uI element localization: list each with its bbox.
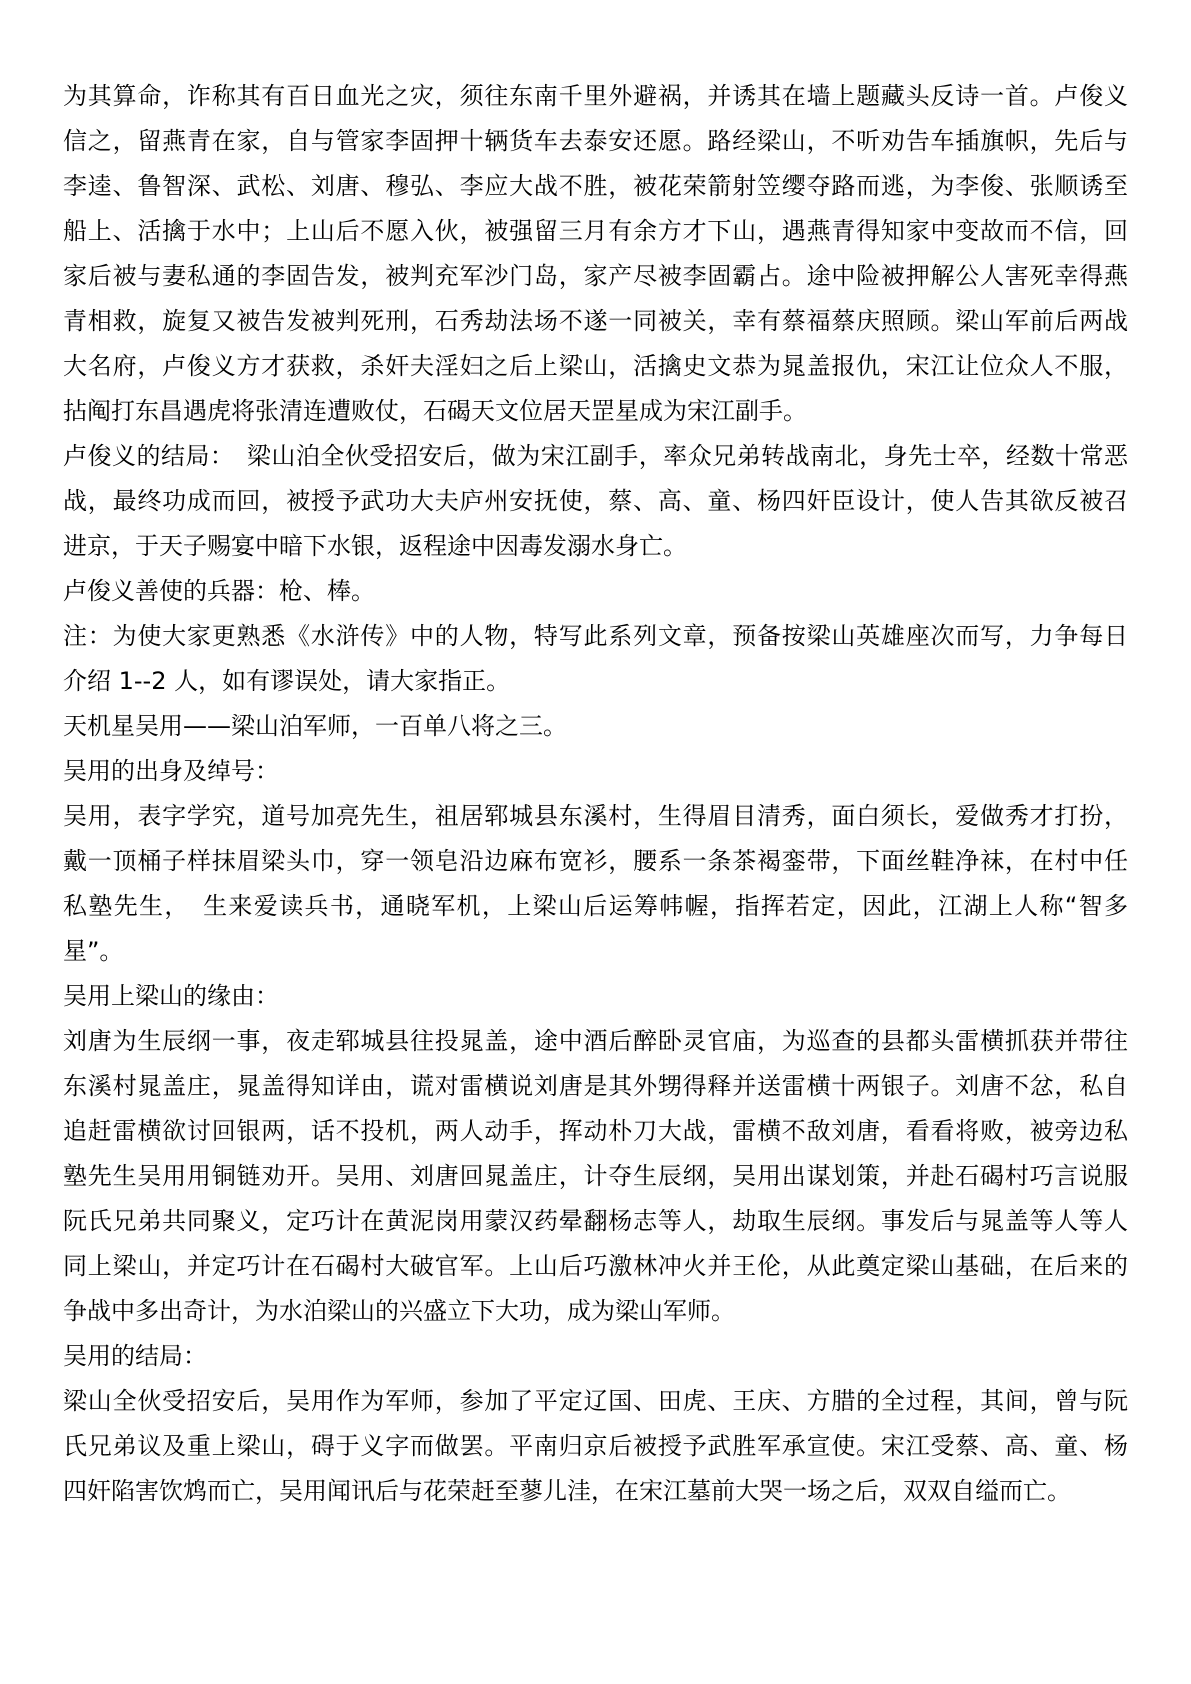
- section-label-paragraph: 吴用的出身及绰号：: [63, 749, 1128, 794]
- section-label-line: 吴用上梁山的缘由：: [63, 974, 1128, 1019]
- text-line: 梁山全伙受招安后，吴用作为军师，参加了平定辽国、田虎、王庆、方腊的全过程，其间，…: [63, 1379, 1128, 1424]
- section-label-line: 吴用的结局：: [63, 1334, 1128, 1379]
- note-line: 注：为使大家更熟悉《水浒传》中的人物，特写此系列文章，预备按梁山英雄座次而写，力…: [63, 614, 1128, 659]
- body-paragraph: 梁山全伙受招安后，吴用作为军师，参加了平定辽国、田虎、王庆、方腊的全过程，其间，…: [63, 1379, 1128, 1514]
- text-line: 战，最终功成而回，被授予武功大夫庐州安抚使，蔡、高、童、杨四奸臣设计，使人告其欲…: [63, 479, 1128, 524]
- text-line: 刘唐为生辰纲一事，夜走郓城县往投晁盖，途中酒后醉卧灵官庙，为巡查的县都头雷横抓获…: [63, 1019, 1128, 1064]
- text-line: 船上、活擒于水中；上山后不愿入伙，被强留三月有余方才下山，遇燕青得知家中变故而不…: [63, 209, 1128, 254]
- section-label-paragraph: 吴用上梁山的缘由：: [63, 974, 1128, 1019]
- body-paragraph: 为其算命，诈称其有百日血光之灾，须往东南千里外避祸，并诱其在墙上题藏头反诗一首。…: [63, 74, 1128, 434]
- document-page: 为其算命，诈称其有百日血光之灾，须往东南千里外避祸，并诱其在墙上题藏头反诗一首。…: [0, 0, 1191, 1684]
- text-line: 争战中多出奇计，为水泊梁山的兴盛立下大功，成为梁山军师。: [63, 1289, 1128, 1334]
- text-line: 李逵、鲁智深、武松、刘唐、穆弘、李应大战不胜，被花荣箭射笠缨夺路而逃，为李俊、张…: [63, 164, 1128, 209]
- text-line: 进京，于天子赐宴中暗下水银，返程途中因毒发溺水身亡。: [63, 524, 1128, 569]
- document-text-block: 为其算命，诈称其有百日血光之灾，须往东南千里外避祸，并诱其在墙上题藏头反诗一首。…: [63, 74, 1128, 1514]
- section-label-line: 吴用的出身及绰号：: [63, 749, 1128, 794]
- text-line: 卢俊义的结局： 梁山泊全伙受招安后，做为宋江副手，率众兄弟转战南北，身先士卒，经…: [63, 434, 1128, 479]
- text-line: 东溪村晁盖庄，晁盖得知详由，谎对雷横说刘唐是其外甥得释并送雷横十两银子。刘唐不忿…: [63, 1064, 1128, 1109]
- text-line: 星”。: [63, 929, 1128, 974]
- note-line: 介绍 1--2 人，如有谬误处，请大家指正。: [63, 659, 1128, 704]
- text-line: 塾先生吴用用铜链劝开。吴用、刘唐回晁盖庄，计夺生辰纲，吴用出谋划策，并赴石碣村巧…: [63, 1154, 1128, 1199]
- text-line: 为其算命，诈称其有百日血光之灾，须往东南千里外避祸，并诱其在墙上题藏头反诗一首。…: [63, 74, 1128, 119]
- text-line: 四奸陷害饮鸩而亡，吴用闻讯后与花荣赶至蓼儿洼，在宋江墓前大哭一场之后，双双自缢而…: [63, 1469, 1128, 1514]
- text-line: 氏兄弟议及重上梁山，碍于义字而做罢。平南归京后被授予武胜军承宣使。宋江受蔡、高、…: [63, 1424, 1128, 1469]
- text-line: 同上梁山，并定巧计在石碣村大破官军。上山后巧激林冲火并王伦，从此奠定梁山基础，在…: [63, 1244, 1128, 1289]
- text-line: 拈阄打东昌遇虎将张清连遭败仗，石碣天文位居天罡星成为宋江副手。: [63, 389, 1128, 434]
- heading-line: 天机星吴用——梁山泊军师，一百单八将之三。: [63, 704, 1128, 749]
- text-line: 阮氏兄弟共同聚义，定巧计在黄泥岗用蒙汉药晕翻杨志等人，劫取生辰纲。事发后与晁盖等…: [63, 1199, 1128, 1244]
- text-line: 信之，留燕青在家，自与管家李固押十辆货车去泰安还愿。路经梁山，不听劝告车插旗帜，…: [63, 119, 1128, 164]
- body-paragraph: 吴用，表字学究，道号加亮先生，祖居郓城县东溪村，生得眉目清秀，面白须长，爱做秀才…: [63, 794, 1128, 974]
- text-line: 大名府，卢俊义方才获救，杀奸夫淫妇之后上梁山，活擒史文恭为晁盖报仇，宋江让位众人…: [63, 344, 1128, 389]
- body-paragraph: 卢俊义善使的兵器：枪、棒。: [63, 569, 1128, 614]
- text-line: 家后被与妻私通的李固告发，被判充军沙门岛，家产尽被李固霸占。途中险被押解公人害死…: [63, 254, 1128, 299]
- text-line: 追赶雷横欲讨回银两，话不投机，两人动手，挥动朴刀大战，雷横不敌刘唐，看看将败，被…: [63, 1109, 1128, 1154]
- text-line: 私塾先生， 生来爱读兵书，通晓军机，上梁山后运筹帏幄，指挥若定，因此，江湖上人称…: [63, 884, 1128, 929]
- body-paragraph: 卢俊义的结局： 梁山泊全伙受招安后，做为宋江副手，率众兄弟转战南北，身先士卒，经…: [63, 434, 1128, 569]
- body-paragraph: 刘唐为生辰纲一事，夜走郓城县往投晁盖，途中酒后醉卧灵官庙，为巡查的县都头雷横抓获…: [63, 1019, 1128, 1334]
- text-line: 戴一顶桶子样抹眉梁头巾，穿一领皂沿边麻布宽衫，腰系一条茶褐銮带，下面丝鞋净袜，在…: [63, 839, 1128, 884]
- text-line: 卢俊义善使的兵器：枪、棒。: [63, 569, 1128, 614]
- note-paragraph: 注：为使大家更熟悉《水浒传》中的人物，特写此系列文章，预备按梁山英雄座次而写，力…: [63, 614, 1128, 704]
- text-line: 青相救，旋复又被告发被判死刑，石秀劫法场不遂一同被关，幸有蔡福蔡庆照顾。梁山军前…: [63, 299, 1128, 344]
- text-line: 吴用，表字学究，道号加亮先生，祖居郓城县东溪村，生得眉目清秀，面白须长，爱做秀才…: [63, 794, 1128, 839]
- section-label-paragraph: 吴用的结局：: [63, 1334, 1128, 1379]
- heading-paragraph: 天机星吴用——梁山泊军师，一百单八将之三。: [63, 704, 1128, 749]
